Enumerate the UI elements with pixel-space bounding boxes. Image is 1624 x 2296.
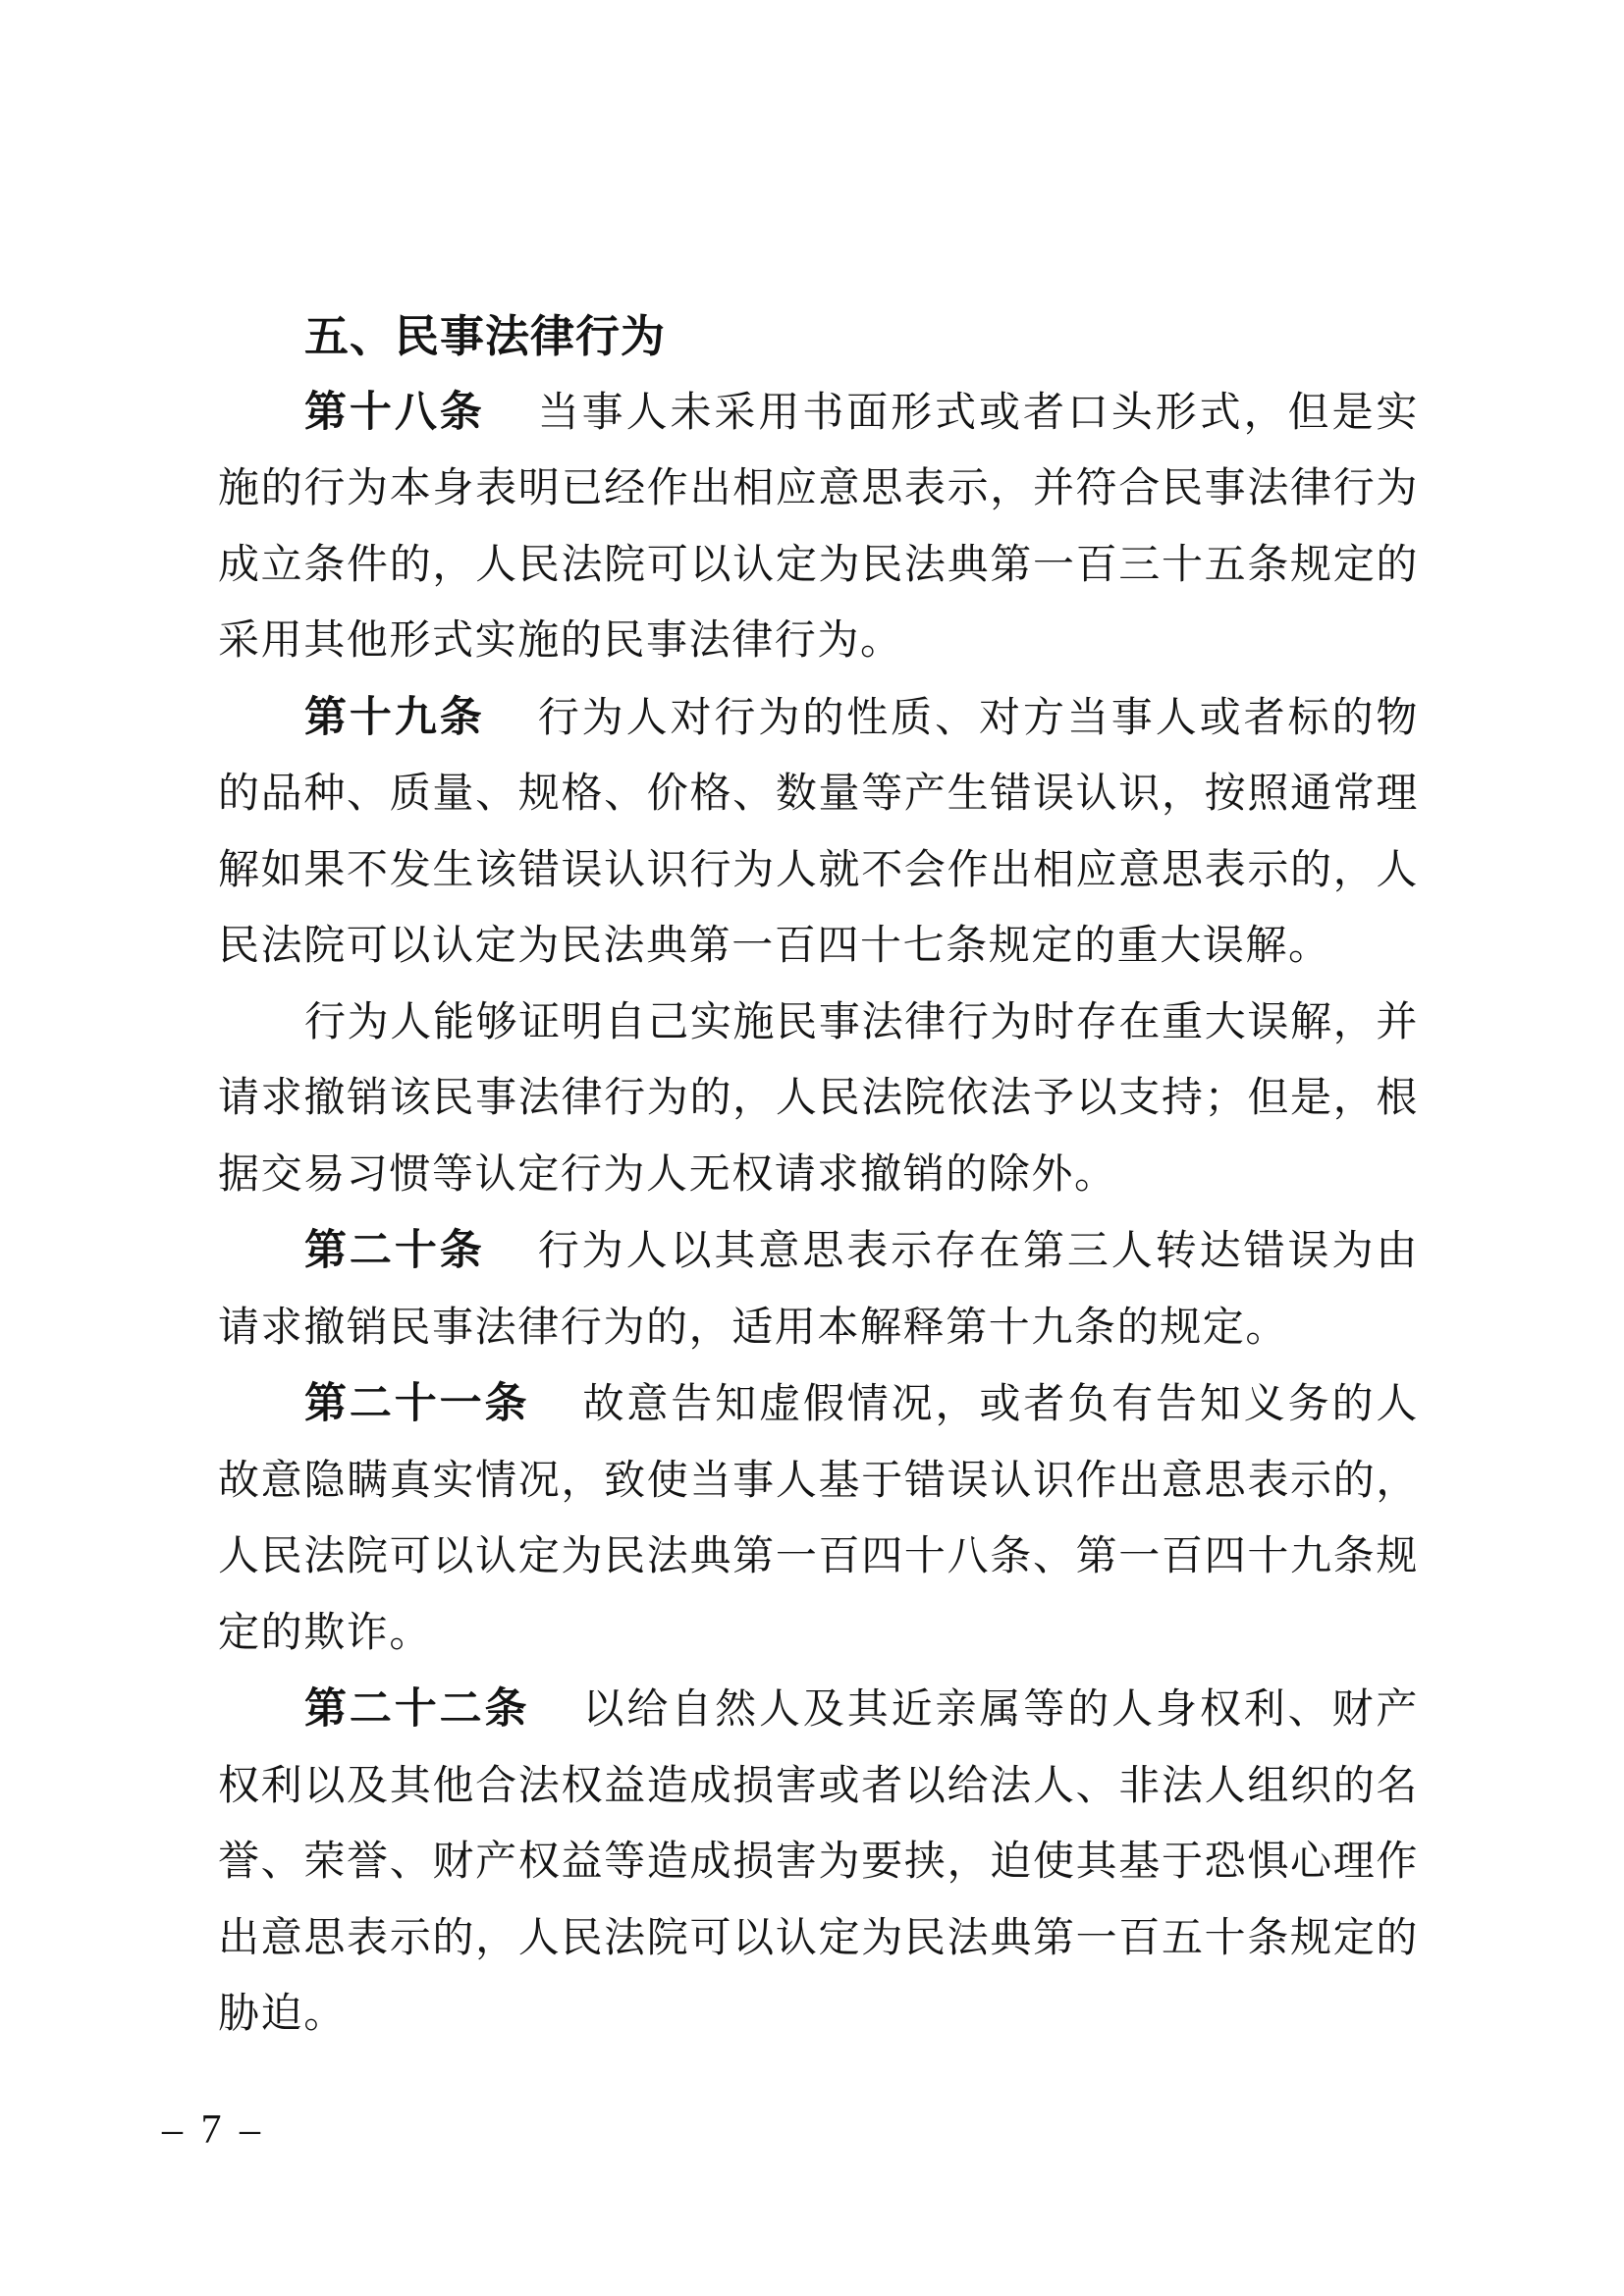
article-paragraph-21: 第二十一条故意告知虚假情况，或者负有告知义务的人故意隐瞒真实情况，致使当事人基于… [218, 1366, 1419, 1672]
page-number: – 7 – [162, 2107, 264, 2154]
article-text-19-clause-2: 行为人能够证明自己实施民事法律行为时存在重大误解，并请求撤销该民事法律行为的，人… [218, 1000, 1419, 1198]
article-paragraph-18: 第十八条当事人未采用书面形式或者口头形式，但是实施的行为本身表明已经作出相应意思… [218, 375, 1419, 680]
document-body: 五、民事法律行为 第十八条当事人未采用书面形式或者口头形式，但是实施的行为本身表… [218, 298, 1419, 2054]
article-number-20: 第二十条 [304, 1227, 485, 1274]
article-text-22: 以给自然人及其近亲属等的人身权利、财产权利以及其他合法权益造成损害或者以给法人、… [218, 1687, 1419, 2037]
article-paragraph-20: 第二十条行为人以其意思表示存在第三人转达错误为由请求撤销民事法律行为的，适用本解… [218, 1213, 1419, 1366]
article-number-22: 第二十二条 [304, 1685, 529, 1733]
article-number-21: 第二十一条 [304, 1380, 529, 1427]
article-paragraph-19-clause-2: 行为人能够证明自己实施民事法律行为时存在重大误解，并请求撤销该民事法律行为的，人… [218, 986, 1419, 1214]
section-heading: 五、民事法律行为 [218, 298, 1419, 375]
document-page: 五、民事法律行为 第十八条当事人未采用书面形式或者口头形式，但是实施的行为本身表… [0, 0, 1624, 2296]
article-paragraph-19: 第十九条行为人对行为的性质、对方当事人或者标的物的品种、质量、规格、价格、数量等… [218, 680, 1419, 986]
article-number-18: 第十八条 [304, 389, 485, 436]
article-paragraph-22: 第二十二条以给自然人及其近亲属等的人身权利、财产权利以及其他合法权益造成损害或者… [218, 1672, 1419, 2054]
article-number-19: 第十九条 [304, 694, 485, 741]
